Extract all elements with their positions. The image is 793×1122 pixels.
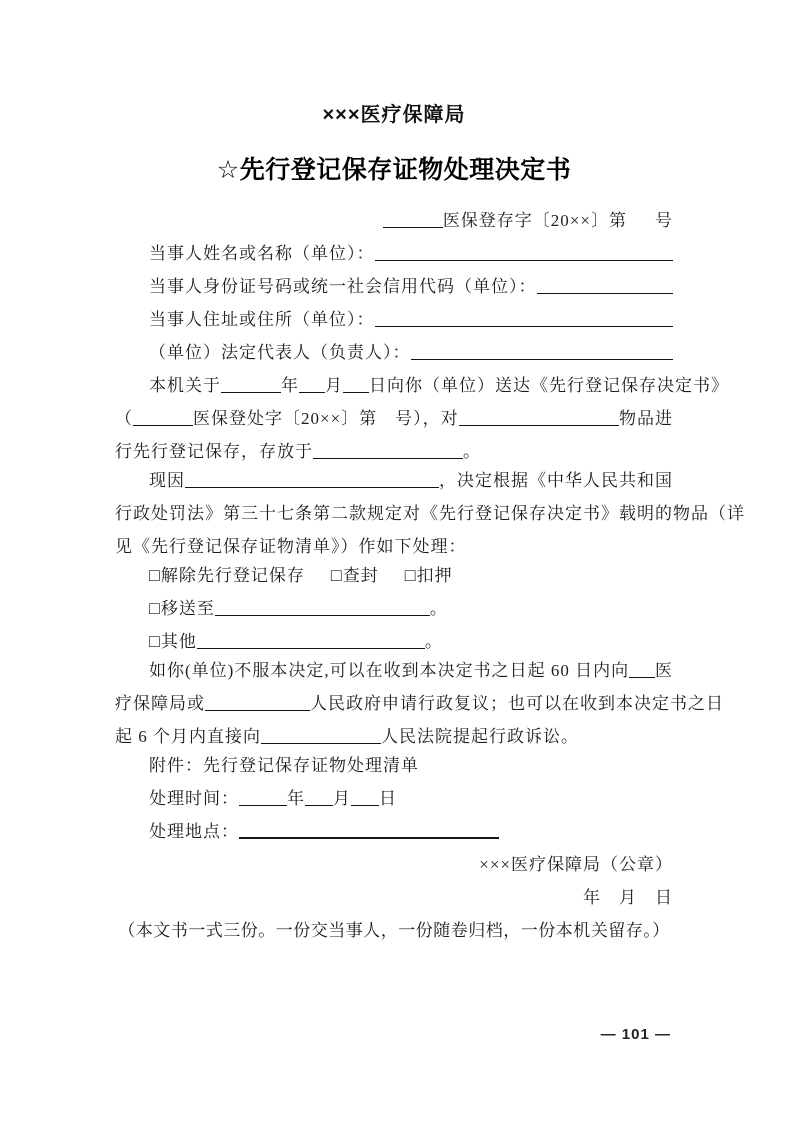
checkbox-seal-icon: □ (331, 559, 343, 592)
appeal-text-1: 如你(单位)不服本决定,可以在收到本决定书之日起 60 日内向 (149, 654, 629, 687)
option-seize-label: 扣押 (417, 559, 453, 592)
delivery-month-blank (299, 392, 325, 393)
decision-line-1: 现因，决定根据《中华人民共和国 (115, 464, 673, 497)
appeal-court-blank (261, 743, 381, 744)
party-address-line: 当事人住址或住所（单位）： (115, 303, 673, 336)
decision-line-2: 行政处罚法》第三十七条第二款规定对《先行登记保存决定书》载明的物品（详 (115, 497, 673, 530)
appeal-text-3: 疗保障局或 (115, 687, 205, 720)
delivery-docno-blank (133, 425, 193, 426)
issuing-authority: ×××医疗保障局 (115, 102, 673, 128)
handle-time-month-label: 月 (333, 782, 351, 815)
appeal-government-blank (205, 710, 310, 711)
option-transfer-blank (215, 615, 430, 616)
delivery-month-label: 月 (325, 369, 343, 402)
doc-number-suffix: 号 (655, 204, 673, 237)
handle-time-month-blank (305, 805, 333, 806)
signature-date-line: 年 月 日 (115, 881, 673, 914)
delivery-year-blank (221, 392, 281, 393)
appeal-text-2: 医 (655, 654, 673, 687)
handle-place-label: 处理地点： (149, 815, 239, 848)
delivery-line-1: 本机关于年月日向你（单位）送达《先行登记保存决定书》 (115, 369, 673, 402)
option-seal-label: 查封 (343, 559, 379, 592)
party-name-blank (375, 260, 674, 261)
handle-time-line: 处理时间：年月日 (115, 782, 673, 815)
handle-time-year-blank (239, 805, 287, 806)
handle-time-day-blank (351, 805, 379, 806)
delivery-year-label: 年 (281, 369, 299, 402)
option-line-transfer: □移送至。 (115, 592, 673, 625)
appeal-text-4: 人民政府申请行政复议；也可以在收到本决定书之日 (310, 687, 724, 720)
party-name-label: 当事人姓名或名称（单位）： (149, 237, 375, 270)
decision-text-2: 行政处罚法》第三十七条第二款规定对《先行登记保存决定书》载明的物品（详 (115, 497, 745, 530)
copies-note: （本文书一式三份。一份交当事人，一份随卷归档，一份本机关留存。） (115, 914, 673, 947)
decision-reason-blank (185, 487, 439, 488)
delivery-open-paren: （ (115, 402, 133, 435)
handle-place-blank (239, 837, 499, 839)
doc-number-prefix: 医保登存字〔20××〕第 (443, 204, 627, 237)
decision-reason-label: 现因 (149, 464, 185, 497)
appeal-line-2: 疗保障局或人民政府申请行政复议；也可以在收到本决定书之日 (115, 687, 673, 720)
delivery-line-2: （医保登处字〔20××〕第 号），对物品进 (115, 402, 673, 435)
delivery-docno-text: 医保登处字〔20××〕第 号），对 (193, 402, 459, 435)
party-id-blank (537, 293, 674, 294)
page-number: — 101 — (601, 1026, 671, 1043)
decision-text-1: ，决定根据《中华人民共和国 (439, 464, 673, 497)
delivery-storage-blank (313, 458, 463, 459)
party-id-line: 当事人身份证号码或统一社会信用代码（单位）： (115, 270, 673, 303)
appeal-bureau-blank (629, 677, 655, 678)
option-line-1: □解除先行登记保存□查封□扣押 (115, 559, 673, 592)
handle-time-year-label: 年 (287, 782, 305, 815)
option-transfer-label: 移送至 (161, 592, 215, 625)
attachment-text: 附件：先行登记保存证物处理清单 (149, 749, 419, 782)
signature-date: 年 月 日 (583, 881, 673, 914)
option-release-label: 解除先行登记保存 (161, 559, 305, 592)
delivery-text-4: 行先行登记保存，存放于 (115, 435, 313, 468)
appeal-line-1: 如你(单位)不服本决定,可以在收到本决定书之日起 60 日内向医 (115, 654, 673, 687)
delivery-day-blank (343, 392, 369, 393)
party-legal-rep-blank (411, 359, 674, 360)
party-id-label: 当事人身份证号码或统一社会信用代码（单位）： (149, 270, 537, 303)
doc-number-blank (383, 227, 443, 228)
document-page: ×××医疗保障局 ☆先行登记保存证物处理决定书 医保登存字〔20××〕第号 当事… (0, 0, 793, 1122)
document-title: ☆先行登记保存证物处理决定书 (115, 150, 673, 190)
checkbox-release-icon: □ (149, 559, 161, 592)
handle-time-label: 处理时间： (149, 782, 239, 815)
handle-time-day-label: 日 (379, 782, 397, 815)
party-legal-rep-line: （单位）法定代表人（负责人）： (115, 336, 673, 369)
party-address-blank (375, 326, 674, 327)
delivery-text-1: 本机关于 (149, 369, 221, 402)
checkbox-transfer-icon: □ (149, 592, 161, 625)
delivery-text-3: 物品进 (619, 402, 673, 435)
option-other-blank (197, 648, 425, 649)
party-address-label: 当事人住址或住所（单位）： (149, 303, 375, 336)
signature-org: ×××医疗保障局（公章） (479, 848, 673, 881)
attachment-line: 附件：先行登记保存证物处理清单 (115, 749, 673, 782)
party-name-line: 当事人姓名或名称（单位）： (115, 237, 673, 270)
doc-number-line: 医保登存字〔20××〕第号 (115, 204, 673, 237)
checkbox-seize-icon: □ (405, 559, 417, 592)
delivery-items-blank (459, 425, 619, 426)
handle-place-line: 处理地点： (115, 815, 673, 848)
delivery-text-2: 日向你（单位）送达《先行登记保存决定书》 (369, 369, 729, 402)
signature-org-line: ×××医疗保障局（公章） (115, 848, 673, 881)
option-transfer-period: 。 (430, 592, 448, 625)
party-legal-rep-label: （单位）法定代表人（负责人）： (149, 336, 411, 369)
